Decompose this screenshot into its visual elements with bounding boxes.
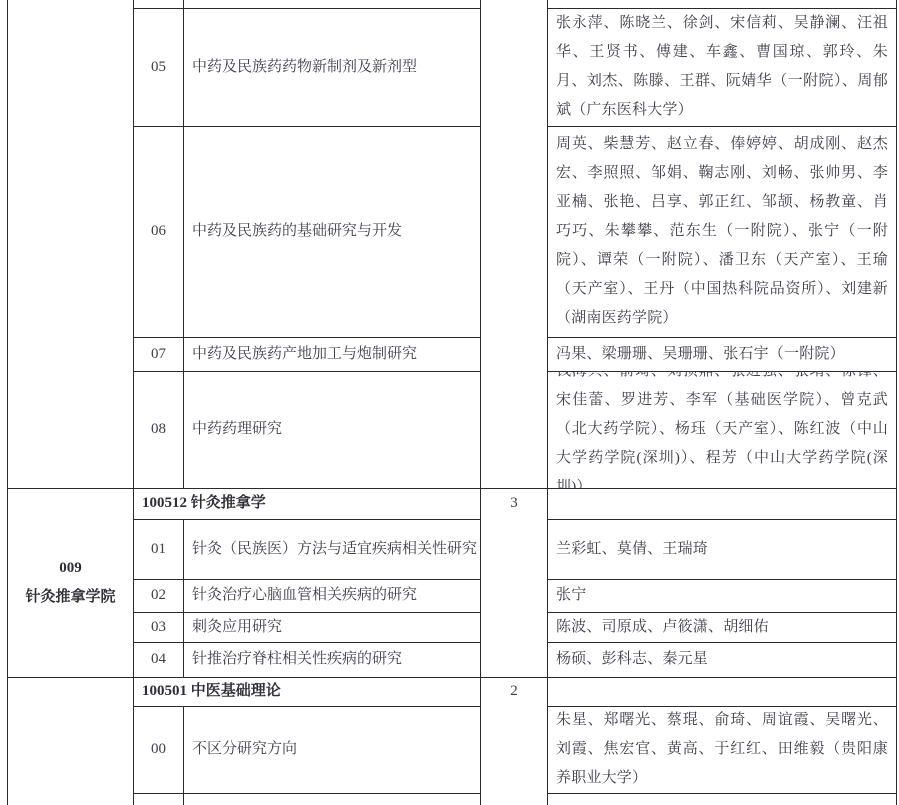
row-direction: 针灸治疗心脑血管相关疾病的研究: [184, 579, 480, 612]
section-header: 100512 针灸推拿学: [134, 488, 480, 519]
row-advisors: 周英、柴慧芳、赵立春、俸婷婷、胡成刚、赵杰宏、李照照、邹娟、鞠志刚、刘畅、张帅男…: [548, 126, 896, 337]
direction-text: 中药及民族药药物新制剂及新剂型: [192, 53, 417, 82]
advisors-text: 张宁: [556, 581, 888, 610]
row-advisors: 钱海兵、俞琦、刘顶鼎、张进强、张靖、徐锋、宋佳蕾、罗进芳、李军（基础医学院）、曾…: [548, 371, 896, 488]
advisors-text: 兰彩虹、莫倩、王瑞琦: [556, 535, 888, 564]
advisors-text: 张永萍、陈晓兰、徐剑、宋信莉、吴静澜、汪祖华、王贤书、傅建、车鑫、曹国琼、郭玲、…: [556, 9, 888, 125]
section-header: 100501 中医基础理论: [134, 677, 480, 706]
row-code: 04: [134, 642, 183, 677]
row-direction: 针灸（民族医）方法与适宜疾病相关性研究: [184, 519, 480, 579]
row-code: 01: [134, 519, 183, 579]
section-count: 2: [481, 677, 547, 706]
direction-text: 中药及民族药产地加工与炮制研究: [192, 340, 417, 369]
row-code: 08: [134, 371, 183, 488]
college-name: 针灸推拿学院: [25, 583, 115, 612]
row-advisors: 陈波、司原成、卢筱潇、胡细佑: [548, 612, 896, 642]
direction-text: 针推治疗脊柱相关性疾病的研究: [192, 645, 402, 674]
row-advisors: 冯果、梁珊珊、吴珊珊、张石宇（一附院）: [548, 337, 896, 371]
advisors-text: 冯果、梁珊珊、吴珊珊、张石宇（一附院）: [556, 340, 888, 369]
row-advisors: 张宁: [548, 579, 896, 612]
row-advisors: 张永萍、陈晓兰、徐剑、宋信莉、吴静澜、汪祖华、王贤书、傅建、车鑫、曹国琼、郭玲、…: [548, 8, 896, 126]
row-code: 06: [134, 126, 183, 337]
grid-line: [133, 793, 480, 794]
row-code: 03: [134, 612, 183, 642]
grid-line: [547, 793, 896, 794]
row-code: 00: [134, 706, 183, 793]
row-direction: 中药及民族药药物新制剂及新剂型: [184, 8, 480, 126]
grid-line: [7, 0, 8, 805]
college-id: 009: [59, 554, 82, 583]
advisors-text: 钱海兵、俞琦、刘顶鼎、张进强、张靖、徐锋、宋佳蕾、罗进芳、李军（基础医学院）、曾…: [556, 371, 888, 488]
direction-text: 中药药理研究: [192, 415, 282, 444]
row-code: 07: [134, 337, 183, 371]
row-direction: 不区分研究方向: [184, 706, 480, 793]
row-direction: 中药药理研究: [184, 371, 480, 488]
direction-text: 不区分研究方向: [192, 735, 297, 764]
row-advisors: 杨硕、彭科志、秦元星: [548, 642, 896, 677]
document-page: 009 针灸推拿学院 05 中药及民族药药物新制剂及新剂型 张永萍、陈晓兰、徐剑…: [0, 0, 899, 805]
advisors-text: 周英、柴慧芳、赵立春、俸婷婷、胡成刚、赵杰宏、李照照、邹娟、鞠志刚、刘畅、张帅男…: [556, 130, 888, 333]
row-code: 05: [134, 8, 183, 126]
advisors-text: 陈波、司原成、卢筱潇、胡细佑: [556, 613, 888, 642]
section-count: 3: [481, 488, 547, 519]
row-direction: 中药及民族药的基础研究与开发: [184, 126, 480, 337]
row-code: 02: [134, 579, 183, 612]
advisors-text: 杨硕、彭科志、秦元星: [556, 645, 888, 674]
advisors-text: 朱星、郑曙光、蔡琨、俞琦、周谊霞、吴曙光、刘霞、焦宏官、黄高、于红红、田维毅（贵…: [556, 706, 888, 793]
grid-line: [896, 0, 897, 805]
college-cell: 009 针灸推拿学院: [8, 488, 133, 677]
row-direction: 针推治疗脊柱相关性疾病的研究: [184, 642, 480, 677]
direction-text: 中药及民族药的基础研究与开发: [192, 217, 402, 246]
direction-text: 针灸治疗心脑血管相关疾病的研究: [192, 581, 417, 610]
direction-text: 针灸（民族医）方法与适宜疾病相关性研究: [192, 535, 477, 564]
row-advisors: 朱星、郑曙光、蔡琨、俞琦、周谊霞、吴曙光、刘霞、焦宏官、黄高、于红红、田维毅（贵…: [548, 706, 896, 793]
row-advisors: 兰彩虹、莫倩、王瑞琦: [548, 519, 896, 579]
row-direction: 中药及民族药产地加工与炮制研究: [184, 337, 480, 371]
direction-text: 刺灸应用研究: [192, 613, 282, 642]
row-direction: 刺灸应用研究: [184, 612, 480, 642]
